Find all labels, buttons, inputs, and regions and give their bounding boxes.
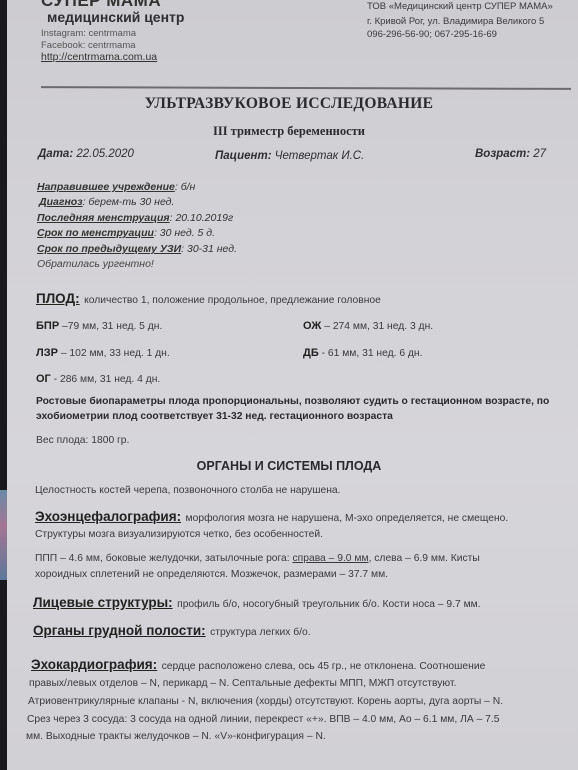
organs-heading: ОРГАНЫ И СИСТЕМЫ ПЛОДА [0, 459, 578, 473]
age-row: Возраст: 27 [475, 148, 546, 160]
echocardiography-heading: Эхокардиография: [31, 657, 157, 672]
fetus-row: ПЛОД: количество 1, положение продольное… [36, 290, 381, 308]
echoencephalography-row: Эхоэнцефалография: морфология мозга не н… [35, 508, 508, 526]
company-phones: 096-296-56-90; 067-295-16-69 [367, 29, 497, 40]
echoencephalography-line-2: Структуры мозга визуализируются четко, б… [35, 529, 323, 540]
chest-row: Органы грудной полости: структура легких… [33, 622, 311, 640]
urgent-note: Обратилась ургентно! [37, 258, 154, 270]
company-address: г. Кривой Рог, ул. Владимира Великого 5 [367, 16, 544, 27]
facial-heading: Лицевые структуры: [33, 595, 173, 610]
echocardiography-line-3: Атриовентрикулярные клапаны - N, включен… [28, 696, 503, 707]
facial-row: Лицевые структуры: профиль б/о, носогубн… [33, 594, 481, 612]
conclusion-line-1: Ростовые биопараметры плода пропорционал… [36, 396, 549, 407]
field-term-previous-us: Срок по предыдущему УЗИ: 30-31 нед. [37, 243, 237, 255]
brand-subtitle: медицинский центр [47, 9, 184, 25]
chest-heading: Органы грудной полости: [33, 623, 206, 638]
biometry-bpr: БПР –79 мм, 31 нед. 5 дн. [36, 320, 162, 332]
echocardiography-line-5: мм. Выходные тракты желудочков – N. «V»-… [26, 731, 326, 742]
patient-label: Пациент: [215, 150, 272, 162]
report-page: СУПЕР МАМА медицинский центр Instagram: … [7, 0, 578, 770]
field-term-menstruation: Срок по менструации: 30 нед. 5 д. [37, 227, 215, 239]
echocardiography-line-4: Срез через 3 сосуда: 3 сосуда на одной л… [27, 714, 500, 725]
patient-value: Четвертак И.С. [275, 150, 365, 162]
echoencephalography-line-4: хороидных сплетений не определяются. Моз… [35, 569, 388, 580]
date-value: 22.05.2020 [76, 148, 134, 160]
date-label: Дата: [38, 148, 73, 160]
biometry-og: ОГ - 286 мм, 31 нед. 4 дн. [36, 373, 160, 385]
biometry-lzr: ЛЗР – 102 мм, 33 нед. 1 дн. [36, 347, 170, 359]
facebook-contact: Facebook: centrmama [41, 40, 136, 51]
fetus-description: количество 1, положение продольное, пред… [84, 295, 381, 306]
fetus-heading: ПЛОД: [36, 291, 80, 306]
echoencephalography-heading: Эхоэнцефалография: [35, 509, 181, 524]
date-row: Дата: 22.05.2020 [38, 148, 134, 160]
field-referring: Направившее учреждение: б/н [37, 181, 195, 193]
biometry-oj: ОЖ – 274 мм, 31 нед. 3 дн. [303, 320, 433, 332]
echoencephalography-line-3: ППП – 4.6 мм, боковые желудочки, затылоч… [35, 553, 480, 564]
echocardiography-line-2: правых/левых отделов – N, перикард – N. … [29, 678, 456, 689]
header-divider [41, 86, 571, 89]
report-subtitle: III триместр беременности [0, 124, 578, 139]
echocardiography-row: Эхокардиография: сердце расположено слев… [31, 656, 485, 674]
conclusion-line-2: эхобиометрии плод соответствует 31-32 не… [36, 411, 393, 422]
background-edge [0, 490, 7, 580]
age-value: 27 [533, 148, 546, 160]
field-last-menstruation: Последняя менструация: 20.10.2019г [37, 212, 233, 224]
skeleton-text: Целостность костей черепа, позвоночного … [35, 485, 341, 496]
report-title: УЛЬТРАЗВУКОВОЕ ИССЛЕДОВАНИЕ [0, 95, 578, 113]
instagram-contact: Instagram: centrmama [41, 28, 136, 39]
age-label: Возраст: [475, 148, 530, 160]
fetal-weight: Вес плода: 1800 гр. [36, 435, 129, 446]
biometry-db: ДБ - 61 мм, 31 нед. 6 дн. [303, 347, 422, 359]
company-name: ТОВ «Медицинский центр СУПЕР МАМА» [367, 1, 553, 12]
website-link[interactable]: http://centrmama.com.ua [41, 51, 157, 63]
field-diagnosis: Диагноз: берем-ть 30 нед. [39, 196, 174, 208]
patient-row: Пациент: Четвертак И.С. [215, 150, 364, 162]
